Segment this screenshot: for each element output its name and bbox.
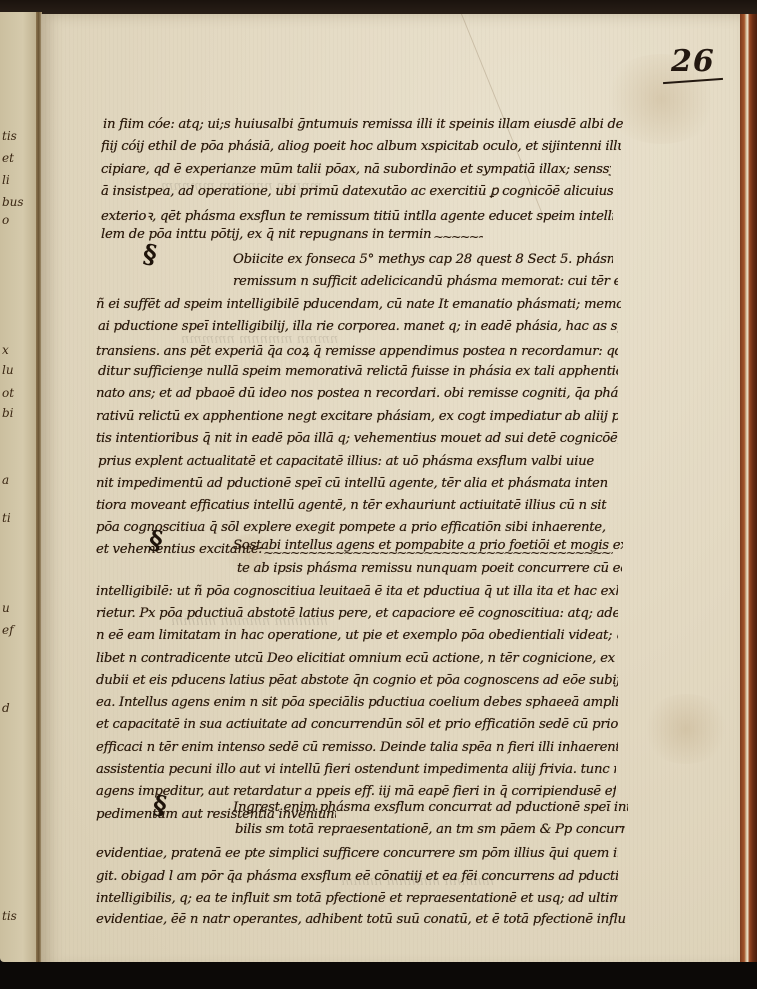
text-line: ā insistpea, ad operatione, ubi primū da… — [101, 184, 613, 199]
text-line: ditur sufficienȝe nullā speim memorativā… — [98, 364, 618, 379]
bottom-shadow — [0, 962, 757, 989]
text-line: efficaci n tēr enim intenso sedē cū remi… — [96, 740, 618, 755]
facing-fragment: bus — [2, 196, 24, 208]
facing-fragment: x — [2, 344, 9, 356]
text-line: ñ ei suffēt ad speim intelligibilē pduce… — [96, 297, 621, 312]
text-line: assistentia pecuni illo aut vi intellū f… — [96, 762, 616, 777]
facing-fragment: ti — [2, 512, 11, 524]
section-mark-icon: § — [140, 239, 160, 271]
facing-fragment: bi — [2, 407, 14, 419]
text-line: agens impeditur, aut retardatur a ppeis … — [96, 784, 616, 799]
text-line: et capacitatē in sua actiuitate ad concu… — [96, 717, 618, 732]
text-line: intelligibilis, q; ea te influit sm totā… — [96, 891, 618, 906]
text-line: n eē eam limitatam in hac operatione, ut… — [96, 628, 618, 643]
text-line: ea. Intellus agens enim n sit pōa speciā… — [96, 695, 618, 710]
text-line: nit impedimentū ad pductionē speī cū int… — [96, 476, 616, 491]
facing-fragment: li — [2, 174, 10, 186]
text-line: tis intentioribus q̄ nit in eadē pōa ill… — [96, 431, 618, 446]
text-line: exterioꝛ, qēt phásma exsflun te remissum… — [101, 206, 613, 224]
text-line: Sostabi intellus agens et pompabite a pr… — [233, 538, 623, 553]
text-line: evidentiae, pratenā ee pte simplici suff… — [96, 846, 618, 861]
manuscript-page: mnmm nnmmm mmnnm nmmn mmnnm nmmmn mnnmm … — [41, 14, 741, 969]
text-line: te ab ipsis phásma remissu nunquam poeit… — [237, 561, 622, 576]
facing-fragment: d — [2, 702, 10, 714]
text-line: rietur. Px pōa pductiuā abstotē latius p… — [96, 606, 618, 621]
text-line: bilis sm totā repraesentationē, an tm sm… — [235, 822, 625, 837]
facing-fragment: ot — [2, 387, 14, 399]
facing-fragment: o — [2, 214, 9, 226]
text-line: in fiim cóe: atq; ui;s huiusalbi ḡntumui… — [103, 117, 623, 132]
book-edge — [740, 14, 757, 969]
text-line: ai pductione speī intelligibilij, illa r… — [98, 319, 618, 334]
facing-page: tis et li bus o x lu ot bi a ti u ef d t… — [0, 12, 38, 962]
text-line: evidentiae, ēē n natr operantes, adhiben… — [96, 912, 626, 927]
text-line: fiij cóij ethil de pōa phásiā, aliog poe… — [101, 139, 621, 154]
line-end-flourish: ~~~~~~ — [433, 234, 483, 242]
text-line: libet n contradicente utcū Deo elicitiat… — [96, 651, 618, 666]
facing-fragment: et — [2, 152, 14, 164]
text-line: intelligibilē: ut ñ pōa cognoscitiua leu… — [96, 584, 618, 599]
facing-fragment: tis — [2, 130, 17, 142]
text-line: git. obigad l am pōr q̄a phásma exsflum … — [96, 869, 618, 884]
text-line: pōa cognoscitiua q̄ sōl explere exegit p… — [96, 520, 618, 535]
facing-fragment: lu — [2, 364, 14, 376]
facing-fragment: u — [2, 602, 10, 614]
text-line: transiens. ans pēt experiā q̄a coꝝ q̄ re… — [96, 341, 618, 359]
manuscript-text: in fiim cóe: atq; ui;s huiusalbi ḡntumui… — [41, 14, 741, 969]
text-line: prius explent actualitatē et capacitatē … — [98, 454, 613, 469]
facing-fragment: a — [2, 474, 9, 486]
text-line: Obiicite ex fonseca 5° methys cap 28 que… — [233, 252, 613, 267]
text-line: remissum n sufficit adelicicandū phásma … — [233, 274, 618, 289]
text-line: rativū relictū ex apphentione negt excit… — [96, 409, 618, 424]
manuscript-photo: tis et li bus o x lu ot bi a ti u ef d t… — [0, 0, 757, 989]
text-line: cipiare, qd ē experianze mūm talii pōax,… — [101, 162, 611, 177]
text-line: Ingrest enim phásma exsflum concurrat ad… — [233, 800, 628, 815]
facing-fragment: tis — [2, 910, 17, 922]
facing-fragment: ef — [2, 624, 14, 636]
text-line: nato ans; et ad pbaoē dū ideo nos postea… — [96, 386, 618, 401]
text-line: tiora moveant efficatius intellū agentē,… — [96, 498, 618, 513]
text-line: dubii et eis pducens latius pēat abstote… — [96, 673, 618, 688]
